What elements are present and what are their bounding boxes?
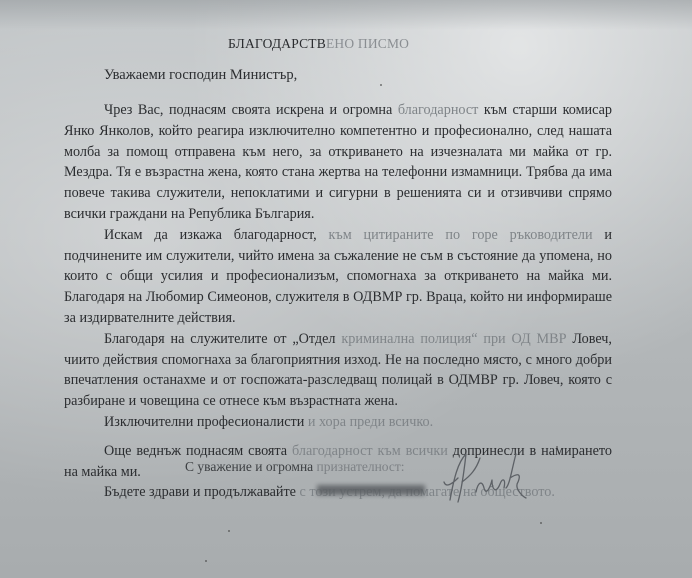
paragraph-2: Искам да изкажа благодарност, към цитира… bbox=[64, 225, 612, 329]
letter-body: Чрез Вас, поднасям своята искрена и огро… bbox=[64, 100, 612, 503]
title-text: БЛАГОДАРСТВ bbox=[228, 36, 326, 51]
paragraph-text: Чрез Вас, поднасям своята искрена и огро… bbox=[104, 102, 398, 118]
redacted-signer-name bbox=[317, 485, 425, 495]
scan-speck bbox=[540, 522, 542, 524]
scan-speck bbox=[556, 446, 558, 448]
paragraph-text-faded: към цитираните по горе ръководители bbox=[329, 227, 593, 243]
paragraph-1: Чрез Вас, поднасям своята искрена и огро… bbox=[64, 100, 612, 225]
paragraph-text: към старши комисар Янко Янколов, който р… bbox=[64, 102, 612, 222]
closing-line: С уважение и огромна признателност: bbox=[185, 459, 405, 475]
title-text-faded: ЕНО ПИСМО bbox=[326, 36, 409, 51]
handwritten-signature-icon bbox=[440, 448, 530, 508]
paragraph-text: Още веднъж поднасям своята bbox=[104, 443, 292, 459]
scan-shadow bbox=[0, 0, 692, 30]
paragraph-text: Бъдете здрави и продължавайте bbox=[104, 484, 300, 500]
paragraph-4: Изключителни професионалисти и хора пред… bbox=[64, 412, 612, 433]
paragraph-3: Благодаря на служителите от „Отдел крими… bbox=[64, 329, 612, 412]
paragraph-text: Искам да изкажа благодарност, bbox=[104, 227, 329, 243]
closing-text: С уважение и огромна bbox=[185, 459, 317, 474]
paragraph-text: Благодаря на служителите от „Отдел bbox=[104, 331, 341, 347]
paragraph-text-faded: криминална полиция“ при ОД МВР bbox=[341, 331, 566, 347]
scan-speck bbox=[205, 560, 207, 562]
scanned-letter-page: БЛАГОДАРСТВЕНО ПИСМО Уважаеми господин М… bbox=[0, 0, 692, 578]
paragraph-text-faded: благодарност към всички bbox=[292, 443, 448, 459]
paragraph-text-faded: благодарност bbox=[398, 102, 479, 118]
closing-text-faded: признателност: bbox=[317, 459, 405, 474]
paragraph-text-faded: и хора преди всичко. bbox=[308, 414, 433, 430]
paragraph-text: Изключителни професионалисти bbox=[104, 414, 308, 430]
scan-speck bbox=[228, 530, 230, 532]
scan-speck bbox=[380, 84, 382, 86]
salutation: Уважаеми господин Министър, bbox=[104, 67, 297, 84]
letter-title: БЛАГОДАРСТВЕНО ПИСМО bbox=[228, 36, 409, 52]
